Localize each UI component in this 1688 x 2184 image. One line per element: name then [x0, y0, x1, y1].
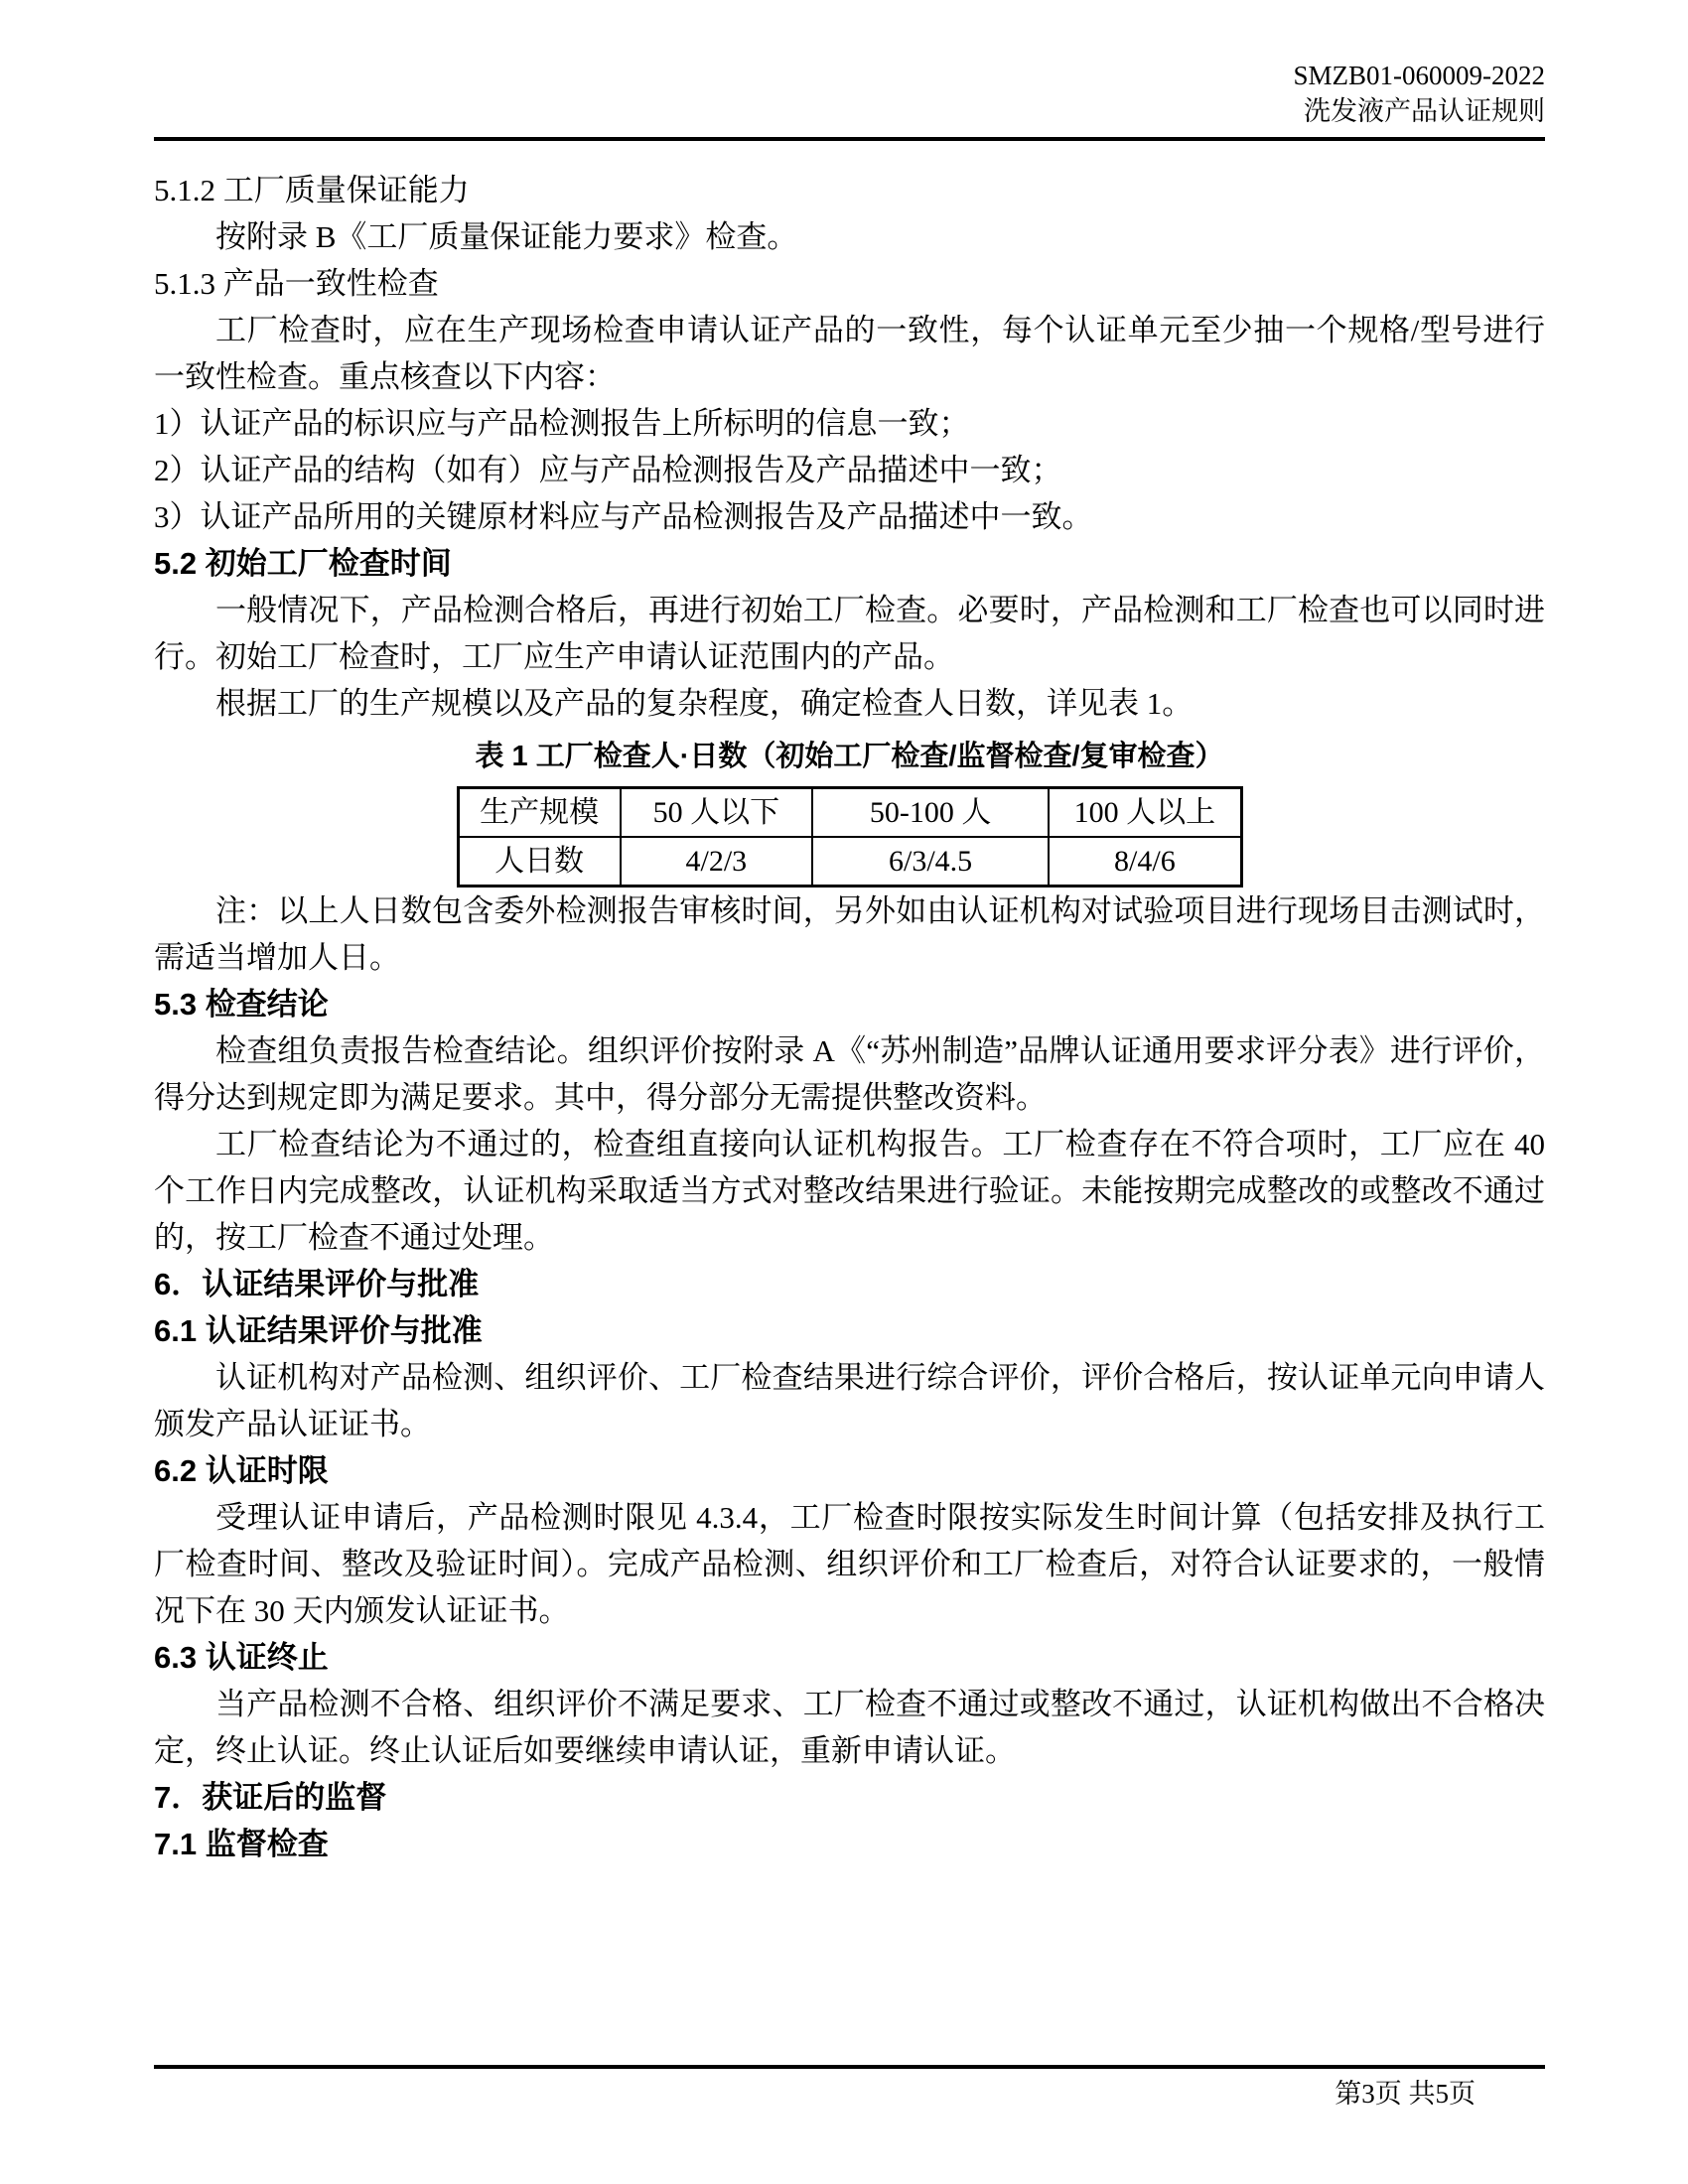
paragraph-6-3: 当产品检测不合格、组织评价不满足要求、工厂检查不通过或整改不通过，认证机构做出不… [154, 1681, 1545, 1774]
heading-5-2: 5.2 初始工厂检查时间 [154, 540, 1545, 587]
page-header: SMZB01-060009-2022 洗发液产品认证规则 [154, 58, 1545, 141]
table-cell: 50 人以下 [621, 788, 812, 838]
table-cell: 人日数 [458, 837, 621, 887]
table-caption: 表 1 工厂检查人·日数（初始工厂检查/监督检查/复审检查） [154, 735, 1545, 778]
heading-7: 7．获证后的监督 [154, 1774, 1545, 1821]
document-body: 5.1.2 工厂质量保证能力 按附录 B《工厂质量保证能力要求》检查。 5.1.… [154, 167, 1545, 1867]
table-row: 生产规模 50 人以下 50-100 人 100 人以上 [458, 788, 1241, 838]
heading-6-2: 6.2 认证时限 [154, 1447, 1545, 1494]
paragraph-6-2: 受理认证申请后，产品检测时限见 4.3.4，工厂检查时限按实际发生时间计算（包括… [154, 1494, 1545, 1634]
heading-6: 6．认证结果评价与批准 [154, 1261, 1545, 1307]
page-footer: 第3页 共5页 [154, 2065, 1545, 2111]
table-note: 注：以上人日数包含委外检测报告审核时间，另外如由认证机构对试验项目进行现场目击测… [154, 887, 1545, 981]
paragraph-5-2-1: 一般情况下，产品检测合格后，再进行初始工厂检查。必要时，产品检测和工厂检查也可以… [154, 587, 1545, 680]
paragraph-5-1-3: 工厂检查时，应在生产现场检查申请认证产品的一致性，每个认证单元至少抽一个规格/型… [154, 307, 1545, 400]
list-item-2: 2）认证产品的结构（如有）应与产品检测报告及产品描述中一致； [154, 447, 1545, 493]
table-cell: 6/3/4.5 [812, 837, 1049, 887]
list-item-3: 3）认证产品所用的关键原材料应与产品检测报告及产品描述中一致。 [154, 493, 1545, 540]
paragraph-6-1: 认证机构对产品检测、组织评价、工厂检查结果进行综合评价，评价合格后，按认证单元向… [154, 1354, 1545, 1447]
paragraph-5-2-2: 根据工厂的生产规模以及产品的复杂程度，确定检查人日数，详见表 1。 [154, 680, 1545, 727]
doc-number: SMZB01-060009-2022 [154, 58, 1545, 93]
table-cell: 4/2/3 [621, 837, 812, 887]
heading-5-3: 5.3 检查结论 [154, 981, 1545, 1027]
inspection-days-table: 生产规模 50 人以下 50-100 人 100 人以上 人日数 4/2/3 6… [457, 786, 1243, 887]
heading-6-3: 6.3 认证终止 [154, 1634, 1545, 1681]
list-item-1: 1）认证产品的标识应与产品检测报告上所标明的信息一致； [154, 400, 1545, 447]
heading-6-1: 6.1 认证结果评价与批准 [154, 1307, 1545, 1354]
doc-title: 洗发液产品认证规则 [154, 93, 1545, 129]
table-row: 人日数 4/2/3 6/3/4.5 8/4/6 [458, 837, 1241, 887]
table-cell: 8/4/6 [1049, 837, 1241, 887]
document-page: SMZB01-060009-2022 洗发液产品认证规则 5.1.2 工厂质量保… [0, 0, 1688, 2184]
paragraph-5-1-2: 按附录 B《工厂质量保证能力要求》检查。 [154, 213, 1545, 260]
table-cell: 50-100 人 [812, 788, 1049, 838]
page-number: 第3页 共5页 [154, 2077, 1545, 2111]
heading-7-1: 7.1 监督检查 [154, 1821, 1545, 1867]
table-cell: 生产规模 [458, 788, 621, 838]
paragraph-5-3-1: 检查组负责报告检查结论。组织评价按附录 A《“苏州制造”品牌认证通用要求评分表》… [154, 1027, 1545, 1121]
heading-5-1-3: 5.1.3 产品一致性检查 [154, 260, 1545, 307]
paragraph-5-3-2: 工厂检查结论为不通过的，检查组直接向认证机构报告。工厂检查存在不符合项时，工厂应… [154, 1121, 1545, 1261]
table-cell: 100 人以上 [1049, 788, 1241, 838]
heading-5-1-2: 5.1.2 工厂质量保证能力 [154, 167, 1545, 213]
